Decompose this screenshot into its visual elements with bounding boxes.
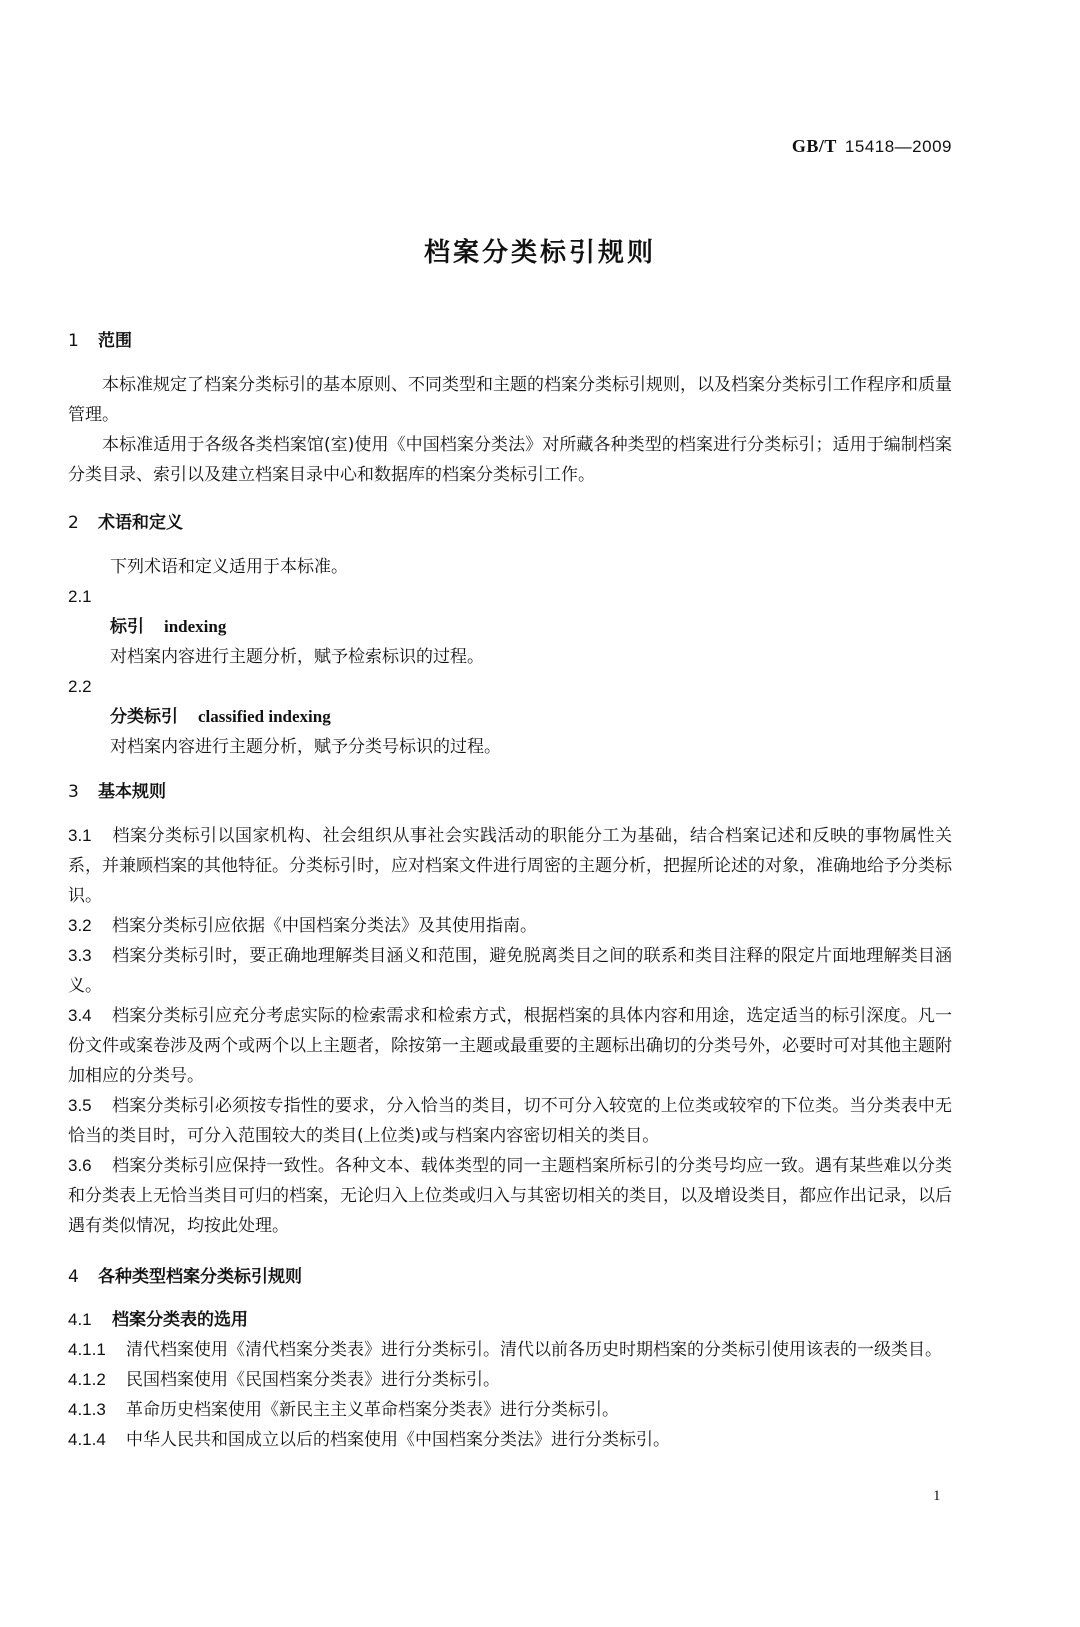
- term-definition: 对档案内容进行主题分析，赋予分类号标识的过程。: [68, 732, 952, 762]
- section-heading: 1范围: [68, 326, 952, 356]
- clause-text: 档案分类标引应充分考虑实际的检索需求和检索方式，根据档案的具体内容和用途，选定适…: [68, 1006, 952, 1086]
- page-number: 1: [933, 1488, 941, 1505]
- term-number: 2.1: [68, 582, 952, 612]
- clause: 3.1档案分类标引以国家机构、社会组织从事社会实践活动的职能分工为基础，结合档案…: [68, 821, 952, 911]
- term-definition: 对档案内容进行主题分析，赋予检索标识的过程。: [68, 642, 952, 672]
- section-4-body: 4.1档案分类表的选用 4.1.1清代档案使用《清代档案分类表》进行分类标引。清…: [68, 1305, 952, 1455]
- section-3: 3基本规则: [68, 777, 952, 807]
- clause: 4.1.2民国档案使用《民国档案分类表》进行分类标引。: [68, 1365, 952, 1395]
- term-en: indexing: [164, 617, 226, 636]
- clause-text: 清代档案使用《清代档案分类表》进行分类标引。清代以前各历史时期档案的分类标引使用…: [126, 1340, 942, 1360]
- clause: 3.2档案分类标引应依据《中国档案分类法》及其使用指南。: [68, 911, 952, 941]
- clause-text: 革命历史档案使用《新民主主义革命档案分类表》进行分类标引。: [126, 1400, 619, 1420]
- section-4: 4各种类型档案分类标引规则: [68, 1262, 952, 1292]
- section-2: 2术语和定义: [68, 508, 952, 538]
- clause-number: 3.3: [68, 941, 112, 971]
- document-page: GB/T15418—2009 档案分类标引规则 1范围 本标准规定了档案分类标引…: [0, 0, 1080, 1627]
- clause: 4.1.3革命历史档案使用《新民主主义革命档案分类表》进行分类标引。: [68, 1395, 952, 1425]
- term-entry: 分类标引classified indexing: [68, 702, 952, 732]
- clause-number: 4.1.1: [68, 1335, 126, 1365]
- subsection-title: 档案分类表的选用: [112, 1310, 248, 1330]
- paragraph: 本标准适用于各级各类档案馆(室)使用《中国档案分类法》对所藏各种类型的档案进行分…: [68, 430, 952, 490]
- document-title: 档案分类标引规则: [0, 232, 1080, 269]
- term-zh: 分类标引: [110, 707, 178, 727]
- clause-text: 档案分类标引应依据《中国档案分类法》及其使用指南。: [112, 916, 537, 936]
- clause: 3.5档案分类标引必须按专指性的要求，分入恰当的类目，切不可分入较宽的上位类或较…: [68, 1091, 952, 1151]
- standard-code: GB/T15418—2009: [792, 136, 952, 157]
- clause: 3.3档案分类标引时，要正确地理解类目涵义和范围，避免脱离类目之间的联系和类目注…: [68, 941, 952, 1001]
- section-heading: 4各种类型档案分类标引规则: [68, 1262, 952, 1292]
- clause-number: 3.1: [68, 821, 112, 851]
- term-en: classified indexing: [198, 707, 331, 726]
- clause-number: 3.6: [68, 1151, 112, 1181]
- term-number: 2.2: [68, 672, 952, 702]
- clause: 4.1.1清代档案使用《清代档案分类表》进行分类标引。清代以前各历史时期档案的分…: [68, 1335, 952, 1365]
- section-number: 1: [68, 326, 98, 356]
- standard-prefix: GB/T: [792, 136, 837, 156]
- section-heading: 3基本规则: [68, 777, 952, 807]
- clause-number: 4.1.4: [68, 1425, 126, 1455]
- clause-text: 民国档案使用《民国档案分类表》进行分类标引。: [126, 1370, 500, 1390]
- section-number: 2: [68, 508, 98, 538]
- subsection-heading: 4.1档案分类表的选用: [68, 1305, 952, 1335]
- clause-number: 3.4: [68, 1001, 112, 1031]
- section-title: 基本规则: [98, 782, 166, 802]
- section-title: 各种类型档案分类标引规则: [98, 1267, 302, 1287]
- section-title: 术语和定义: [98, 513, 183, 533]
- section-heading: 2术语和定义: [68, 508, 952, 538]
- section-number: 4: [68, 1262, 98, 1292]
- clause-number: 4.1.3: [68, 1395, 126, 1425]
- section-1-body: 本标准规定了档案分类标引的基本原则、不同类型和主题的档案分类标引规则，以及档案分…: [68, 370, 952, 490]
- terms-intro: 下列术语和定义适用于本标准。: [68, 552, 952, 582]
- clause: 4.1.4中华人民共和国成立以后的档案使用《中国档案分类法》进行分类标引。: [68, 1425, 952, 1455]
- section-title: 范围: [98, 331, 132, 351]
- term-zh: 标引: [110, 617, 144, 637]
- section-3-body: 3.1档案分类标引以国家机构、社会组织从事社会实践活动的职能分工为基础，结合档案…: [68, 821, 952, 1241]
- section-number: 3: [68, 777, 98, 807]
- clause: 3.6档案分类标引应保持一致性。各种文本、载体类型的同一主题档案所标引的分类号均…: [68, 1151, 952, 1241]
- clause-text: 档案分类标引应保持一致性。各种文本、载体类型的同一主题档案所标引的分类号均应一致…: [68, 1156, 952, 1236]
- clause-number: 3.5: [68, 1091, 112, 1121]
- clause: 3.4档案分类标引应充分考虑实际的检索需求和检索方式，根据档案的具体内容和用途，…: [68, 1001, 952, 1091]
- term-entry: 标引indexing: [68, 612, 952, 642]
- clause-text: 档案分类标引以国家机构、社会组织从事社会实践活动的职能分工为基础，结合档案记述和…: [68, 826, 952, 906]
- clause-text: 档案分类标引时，要正确地理解类目涵义和范围，避免脱离类目之间的联系和类目注释的限…: [68, 946, 952, 996]
- clause-number: 4.1.2: [68, 1365, 126, 1395]
- clause-text: 档案分类标引必须按专指性的要求，分入恰当的类目，切不可分入较宽的上位类或较窄的下…: [68, 1096, 952, 1146]
- subsection-number: 4.1: [68, 1305, 112, 1335]
- clause-number: 3.2: [68, 911, 112, 941]
- section-2-body: 下列术语和定义适用于本标准。 2.1 标引indexing 对档案内容进行主题分…: [68, 552, 952, 762]
- standard-number: 15418—2009: [845, 137, 952, 156]
- clause-text: 中华人民共和国成立以后的档案使用《中国档案分类法》进行分类标引。: [126, 1430, 670, 1450]
- paragraph: 本标准规定了档案分类标引的基本原则、不同类型和主题的档案分类标引规则，以及档案分…: [68, 370, 952, 430]
- section-1: 1范围: [68, 326, 952, 356]
